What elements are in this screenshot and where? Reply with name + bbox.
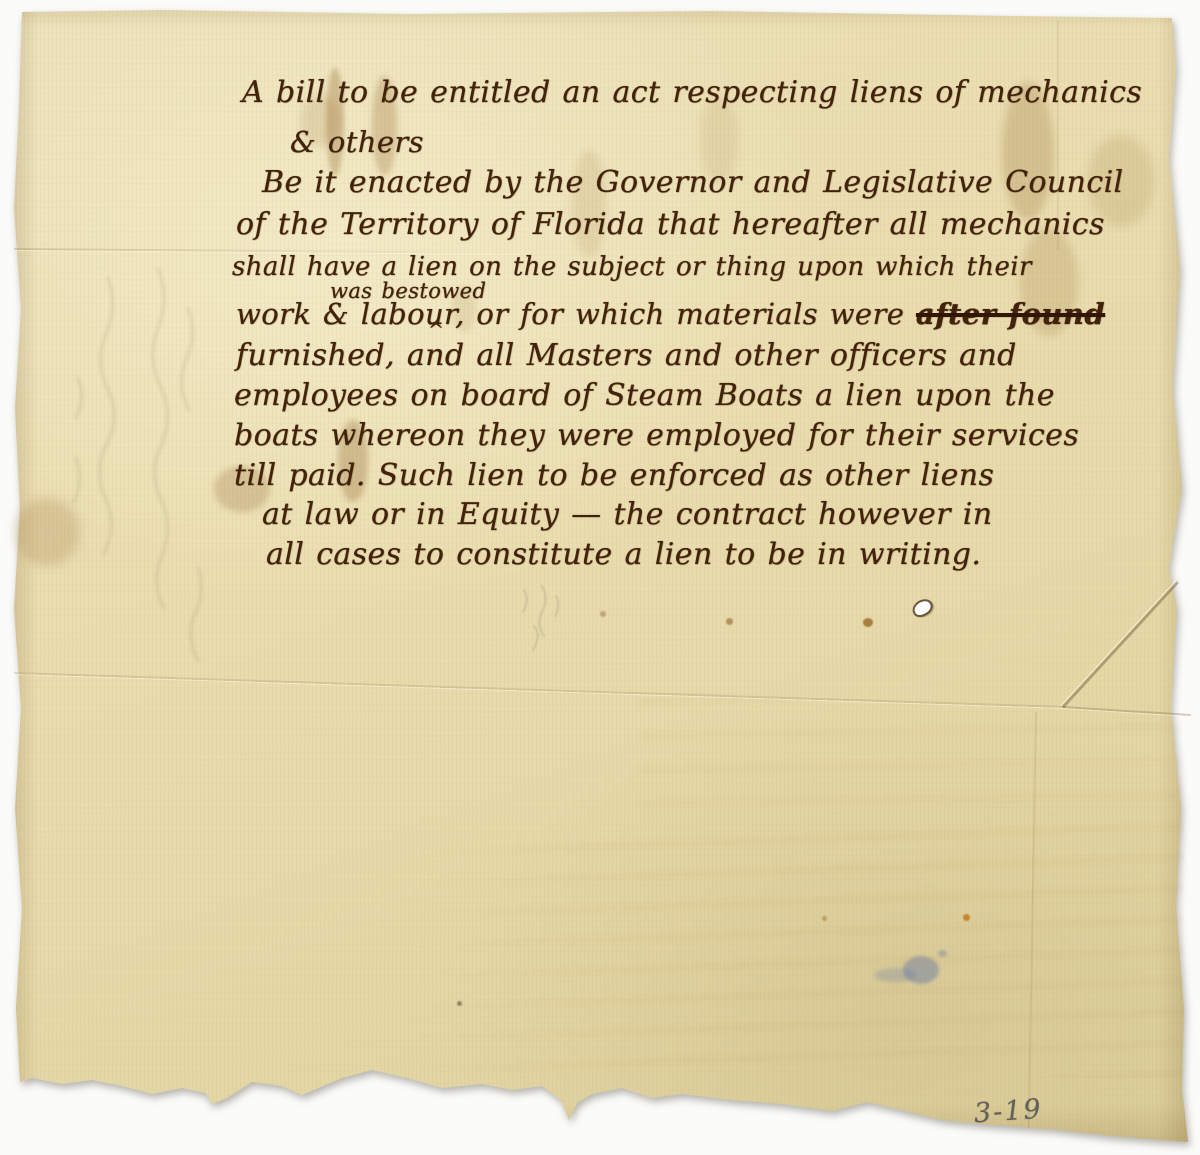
edge-shading-top	[12, 8, 1192, 28]
edge-shading-right	[1158, 8, 1192, 1150]
document-scan: A bill to be entitled an act respecting …	[0, 0, 1200, 1155]
laid-paper-texture	[12, 8, 1192, 1150]
edge-shading-left	[12, 8, 38, 1150]
paper-sheet	[12, 8, 1192, 1150]
edge-shading-bottom	[12, 1104, 1192, 1150]
paper-shadow	[0, 0, 1200, 1155]
